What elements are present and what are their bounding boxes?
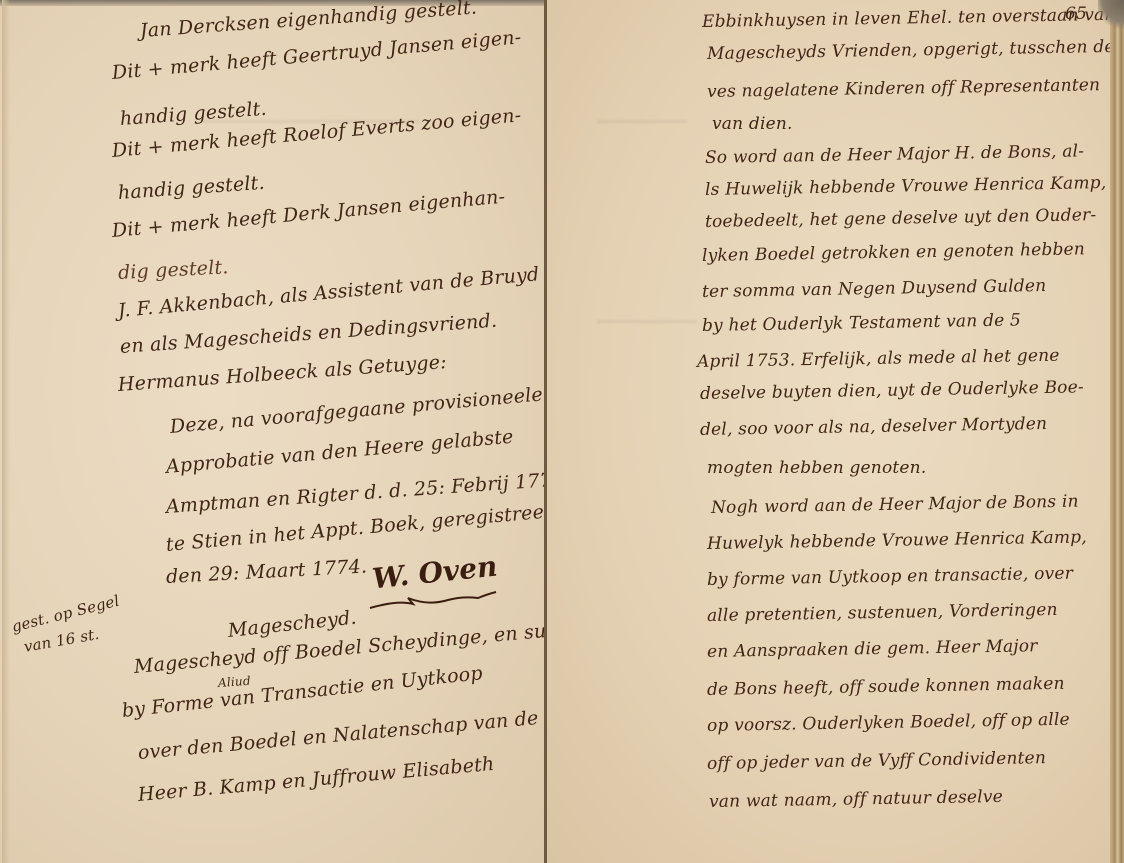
approval-line: den 29: Maart 1774. [165, 555, 367, 588]
handwritten-line: op voorsz. Ouderlyken Boedel, off op all… [707, 710, 1070, 736]
handwritten-line: van dien. [712, 114, 793, 134]
handwritten-line: by het Ouderlyk Testament van de 5 [702, 310, 1021, 336]
page-edge [1110, 0, 1124, 863]
handwritten-line: mogten hebben genoten. [707, 458, 926, 478]
handwritten-line: ls Huwelijk hebbende Vrouwe Henrica Kamp… [705, 173, 1107, 200]
handwritten-line: Huwelyk hebbende Vrouwe Henrica Kamp, [707, 527, 1087, 554]
handwritten-line: So word aan de Heer Major H. de Bons, al… [705, 141, 1085, 168]
handwritten-line: Hermanus Holbeeck als Getuyge: [117, 351, 447, 396]
handwritten-line: del, soo voor als na, deselver Mortyden [700, 414, 1048, 440]
handwritten-line: deselve buyten dien, uyt de Ouderlyke Bo… [700, 377, 1084, 404]
handwritten-line: ves nagelatene Kinderen off Representant… [707, 75, 1101, 102]
handwritten-line: alle pretentien, sustenuen, Vorderingen [707, 600, 1058, 626]
handwritten-line: lyken Boedel getrokken en genoten hebben [702, 239, 1085, 266]
handwritten-line: van wat naam, off natuur deselve [709, 787, 1003, 812]
bleed-through [597, 120, 687, 123]
handwritten-line: en Aanspraaken die gem. Heer Major [707, 636, 1038, 662]
handwritten-line: April 1753. Erfelijk, als mede al het ge… [697, 346, 1060, 372]
handwritten-line: ter somma van Negen Duysend Gulden [702, 276, 1047, 302]
handwritten-line: handig gestelt. [117, 172, 265, 204]
section-line: Heer B. Kamp en Juffrouw Elisabeth [137, 753, 495, 806]
left-page: Jan Dercksen eigenhandig gestelt. Dit + … [0, 0, 546, 863]
handwritten-line: Ebbinkhuysen in leven Ehel. ten overstaa… [702, 5, 1116, 32]
bleed-through [597, 320, 697, 323]
handwritten-line: de Bons heeft, off soude konnen maaken [707, 674, 1065, 700]
margin-note: gest. op Segel [10, 592, 121, 636]
manuscript-spread: Jan Dercksen eigenhandig gestelt. Dit + … [0, 0, 1124, 863]
signature-flourish-icon [368, 590, 498, 612]
right-page: 65 Ebbinkhuysen in leven Ehel. ten overs… [547, 0, 1124, 863]
handwritten-line: by forme van Uytkoop en transactie, over [707, 564, 1073, 590]
section-heading: Magescheyd. [227, 607, 358, 642]
handwritten-line: Nogh word aan de Heer Major de Bons in [711, 492, 1079, 518]
page-corner [1098, 0, 1124, 30]
handwritten-line: Magescheyds Vrienden, opgerigt, tusschen… [707, 36, 1124, 64]
handwritten-line: handig gestelt. [119, 98, 267, 130]
handwritten-line: dig gestelt. [117, 256, 229, 284]
handwritten-line: off op jeder van de Vyff Condividenten [707, 748, 1046, 774]
handwritten-line: toebedeelt, het gene deselve uyt den Oud… [705, 205, 1097, 232]
signature: W. Oven [371, 550, 499, 596]
